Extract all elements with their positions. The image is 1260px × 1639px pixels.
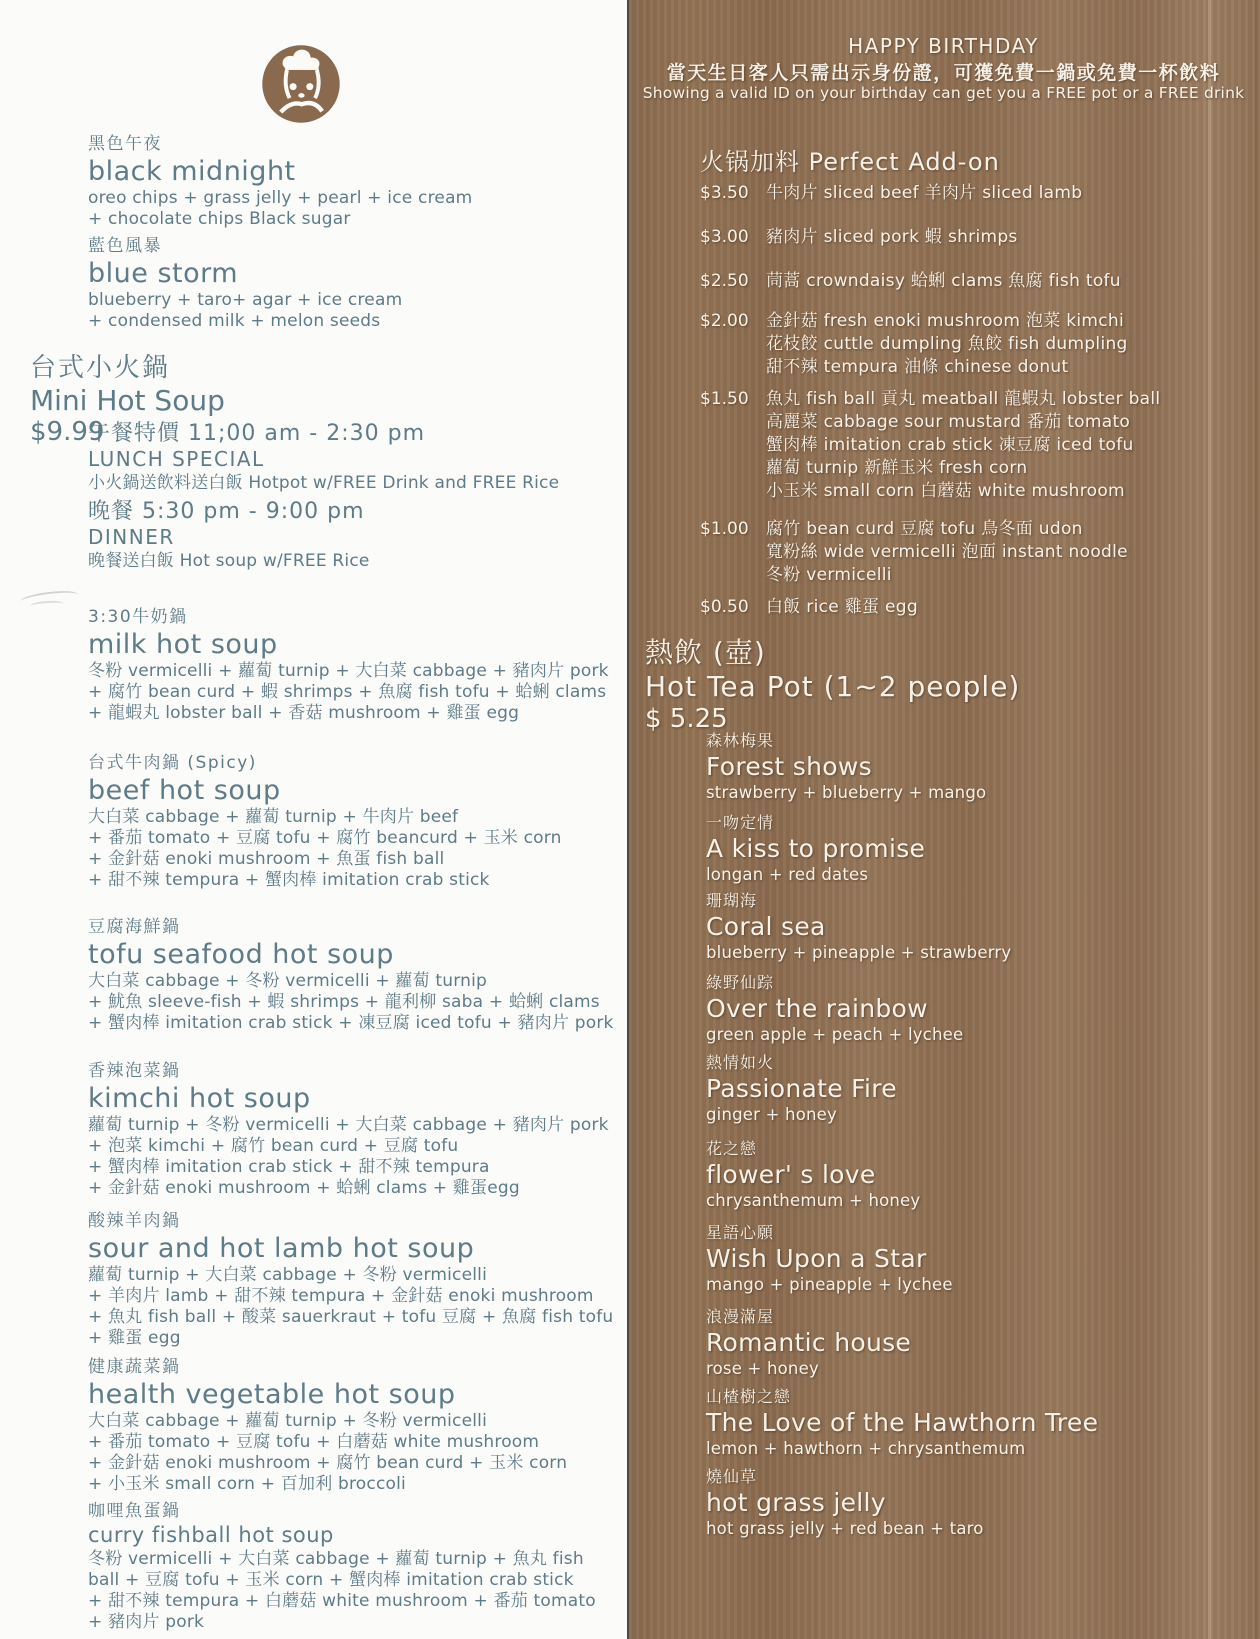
- item-name-en: curry fishball hot soup: [88, 1522, 596, 1549]
- ingredients-line: + 甜不辣 tempura + 白蘑菇 white mushroom + 番茄 …: [88, 1591, 596, 1612]
- tea-ingredients: longan + red dates: [706, 864, 925, 886]
- ingredients-line: + 蟹肉棒 imitation crab stick + 凍豆腐 iced to…: [88, 1013, 614, 1034]
- menu-item-curry-fishball-hot-soup: 咖哩魚蛋鍋 curry fishball hot soup 冬粉 vermice…: [88, 1500, 596, 1633]
- addon-items: 蘿蔔 turnip 新鮮玉米 fresh corn: [766, 457, 1160, 480]
- ingredients-line: + 小玉米 small corn + 百加利 broccoli: [88, 1474, 567, 1495]
- item-name-zh: 豆腐海鮮鍋: [88, 916, 614, 938]
- tea-item-over-the-rainbow: 綠野仙踪 Over the rainbow green apple + peac…: [706, 972, 963, 1046]
- addon-items: 豬肉片 sliced pork 蝦 shrimps: [766, 226, 1018, 249]
- addon-items: 小玉米 small corn 白蘑菇 white mushroom: [766, 480, 1160, 503]
- section-title-en: Mini Hot Soup: [30, 385, 225, 417]
- addon-price: $2.50: [700, 270, 766, 293]
- schedule-zh: 晚餐 5:30 pm - 9:00 pm: [88, 498, 370, 525]
- tea-ingredients: strawberry + blueberry + mango: [706, 782, 986, 804]
- tea-section-title-zh: 熱飲 (壺): [645, 636, 766, 669]
- tea-name-en: hot grass jelly: [706, 1487, 984, 1518]
- addon-row-2-00: $2.00 金針菇 fresh enoki mushroom 泡菜 kimchi…: [700, 310, 1128, 379]
- addon-items: 白飯 rice 雞蛋 egg: [766, 596, 918, 619]
- ingredients-line: 冬粉 vermicelli + 大白菜 cabbage + 蘿蔔 turnip …: [88, 1549, 596, 1570]
- addon-items: 金針菇 fresh enoki mushroom 泡菜 kimchi: [766, 310, 1128, 333]
- tea-item-passionate-fire: 熱情如火 Passionate Fire ginger + honey: [706, 1052, 897, 1126]
- ingredients-line: + 泡菜 kimchi + 腐竹 bean curd + 豆腐 tofu: [88, 1136, 609, 1157]
- addon-items: 寬粉絲 wide vermicelli 泡面 instant noodle: [766, 541, 1128, 564]
- item-name-zh: 酸辣羊肉鍋: [88, 1210, 613, 1232]
- item-name-zh: 香辣泡菜鍋: [88, 1060, 609, 1082]
- tea-item-romantic-house: 浪漫滿屋 Romantic house rose + honey: [706, 1306, 911, 1380]
- menu-item-milk-hot-soup: 3:30牛奶鍋 milk hot soup 冬粉 vermicelli + 蘿蔔…: [88, 606, 609, 724]
- addon-price: $1.50: [700, 388, 766, 503]
- addon-items: 腐竹 bean curd 豆腐 tofu 鳥冬面 udon: [766, 518, 1128, 541]
- item-name-zh: 3:30牛奶鍋: [88, 606, 609, 628]
- ingredients-line: + chocolate chips Black sugar: [88, 209, 472, 230]
- addons-heading: 火锅加料 Perfect Add-on: [700, 142, 1000, 177]
- tea-item-hawthorn-tree: 山楂樹之戀 The Love of the Hawthorn Tree lemo…: [706, 1386, 1098, 1460]
- schedule-en: LUNCH SPECIAL: [88, 447, 559, 472]
- tea-name-zh: 山楂樹之戀: [706, 1386, 1098, 1407]
- addon-items: 高麗菜 cabbage sour mustard 番茄 tomato: [766, 411, 1160, 434]
- tea-ingredients: mango + pineapple + lychee: [706, 1274, 953, 1296]
- schedule-zh: 午餐特價 11;00 am - 2:30 pm: [88, 420, 559, 447]
- addon-row-2-50: $2.50 茼蒿 crowndaisy 蛤蜊 clams 魚腐 fish tof…: [700, 270, 1121, 293]
- section-title-zh: 台式小火鍋: [30, 352, 225, 385]
- tea-name-zh: 珊瑚海: [706, 890, 1011, 911]
- birthday-notice-zh: 當天生日客人只需出示身份證，可獲免費一鍋或免費一杯飲料: [627, 58, 1260, 85]
- tea-section-title-en: Hot Tea Pot (1~2 people): [645, 670, 1020, 703]
- addon-price: $3.00: [700, 226, 766, 249]
- tea-name-zh: 熱情如火: [706, 1052, 897, 1073]
- tea-name-en: Forest shows: [706, 751, 986, 782]
- ingredients-line: 大白菜 cabbage + 蘿蔔 turnip + 冬粉 vermicelli: [88, 1411, 567, 1432]
- tea-name-en: Coral sea: [706, 911, 1011, 942]
- tea-item-wish-upon-a-star: 星語心願 Wish Upon a Star mango + pineapple …: [706, 1222, 953, 1296]
- ingredients-line: ball + 豆腐 tofu + 玉米 corn + 蟹肉棒 imitation…: [88, 1570, 596, 1591]
- item-name-en: kimchi hot soup: [88, 1082, 609, 1115]
- tea-name-zh: 花之戀: [706, 1138, 920, 1159]
- ingredients-line: blueberry + taro+ agar + ice cream: [88, 290, 402, 311]
- ingredients-line: + 番茄 tomato + 豆腐 tofu + 腐竹 beancurd + 玉米…: [88, 828, 562, 849]
- birthday-title: HAPPY BIRTHDAY: [627, 34, 1260, 58]
- ingredients-line: + 雞蛋 egg: [88, 1328, 613, 1349]
- item-name-en: blue storm: [88, 257, 402, 290]
- tea-name-en: Wish Upon a Star: [706, 1243, 953, 1274]
- tea-name-en: The Love of the Hawthorn Tree: [706, 1407, 1098, 1438]
- tea-name-zh: 浪漫滿屋: [706, 1306, 911, 1327]
- ingredients-line: + 金針菇 enoki mushroom + 腐竹 bean curd + 玉米…: [88, 1453, 567, 1474]
- item-name-zh: 台式牛肉鍋 (Spicy): [88, 752, 562, 774]
- item-name-zh: 健康蔬菜鍋: [88, 1356, 567, 1378]
- ingredients-line: + condensed milk + melon seeds: [88, 311, 402, 332]
- ingredients-line: 冬粉 vermicelli + 蘿蔔 turnip + 大白菜 cabbage …: [88, 661, 609, 682]
- restaurant-logo chef-face-icon: [257, 40, 345, 128]
- addon-items: 茼蒿 crowndaisy 蛤蜊 clams 魚腐 fish tofu: [766, 270, 1121, 293]
- addon-items: 冬粉 vermicelli: [766, 564, 1128, 587]
- tea-ingredients: rose + honey: [706, 1358, 911, 1380]
- ingredients-line: + 豬肉片 pork: [88, 1612, 596, 1633]
- item-name-en: health vegetable hot soup: [88, 1378, 567, 1411]
- ingredients-line: 大白菜 cabbage + 冬粉 vermicelli + 蘿蔔 turnip: [88, 971, 614, 992]
- ingredients-line: + 甜不辣 tempura + 蟹肉棒 imitation crab stick: [88, 870, 562, 891]
- item-name-en: tofu seafood hot soup: [88, 938, 614, 971]
- menu-item-sour-lamb-hot-soup: 酸辣羊肉鍋 sour and hot lamb hot soup 蘿蔔 turn…: [88, 1210, 613, 1349]
- tea-name-zh: 綠野仙踪: [706, 972, 963, 993]
- schedule-note: 晚餐送白飯 Hot soup w/FREE Rice: [88, 550, 370, 573]
- tea-ingredients: green apple + peach + lychee: [706, 1024, 963, 1046]
- lunch-special: 午餐特價 11;00 am - 2:30 pm LUNCH SPECIAL 小火…: [88, 420, 559, 495]
- item-name-en: beef hot soup: [88, 774, 562, 807]
- tea-name-zh: 燒仙草: [706, 1466, 984, 1487]
- tea-ingredients: ginger + honey: [706, 1104, 897, 1126]
- dinner-schedule: 晚餐 5:30 pm - 9:00 pm DINNER 晚餐送白飯 Hot so…: [88, 498, 370, 573]
- scan-edge: [1255, 0, 1257, 1639]
- ingredients-line: 蘿蔔 turnip + 冬粉 vermicelli + 大白菜 cabbage …: [88, 1115, 609, 1136]
- tea-name-en: Romantic house: [706, 1327, 911, 1358]
- birthday-notice-en: Showing a valid ID on your birthday can …: [627, 84, 1260, 102]
- tea-name-zh: 森林梅果: [706, 730, 986, 751]
- tea-name-en: Over the rainbow: [706, 993, 963, 1024]
- item-name-zh: 藍色風暴: [88, 235, 402, 257]
- ingredients-line: + 番茄 tomato + 豆腐 tofu + 白蘑菇 white mushro…: [88, 1432, 567, 1453]
- tea-item-hot-grass-jelly: 燒仙草 hot grass jelly hot grass jelly + re…: [706, 1466, 984, 1540]
- tea-name-en: Passionate Fire: [706, 1073, 897, 1104]
- tea-item-coral-sea: 珊瑚海 Coral sea blueberry + pineapple + st…: [706, 890, 1011, 964]
- menu-item-health-vegetable-hot-soup: 健康蔬菜鍋 health vegetable hot soup 大白菜 cabb…: [88, 1356, 567, 1495]
- tea-name-zh: 星語心願: [706, 1222, 953, 1243]
- schedule-note: 小火鍋送飲料送白飯 Hotpot w/FREE Drink and FREE R…: [88, 472, 559, 495]
- ingredients-line: + 腐竹 bean curd + 蝦 shrimps + 魚腐 fish tof…: [88, 682, 609, 703]
- tea-ingredients: blueberry + pineapple + strawberry: [706, 942, 1011, 964]
- menu-item-kimchi-hot-soup: 香辣泡菜鍋 kimchi hot soup 蘿蔔 turnip + 冬粉 ver…: [88, 1060, 609, 1199]
- addon-items: 甜不辣 tempura 油條 chinese donut: [766, 356, 1128, 379]
- ingredients-line: 蘿蔔 turnip + 大白菜 cabbage + 冬粉 vermicelli: [88, 1265, 613, 1286]
- tea-name-zh: 一吻定情: [706, 812, 925, 833]
- item-name-en: black midnight: [88, 155, 472, 188]
- ingredients-line: oreo chips + grass jelly + pearl + ice c…: [88, 188, 472, 209]
- addon-price: $2.00: [700, 310, 766, 379]
- ingredients-line: + 羊肉片 lamb + 甜不辣 tempura + 金針菇 enoki mus…: [88, 1286, 613, 1307]
- ingredients-line: + 金針菇 enoki mushroom + 蛤蜊 clams + 雞蛋egg: [88, 1178, 609, 1199]
- tea-item-flowers-love: 花之戀 flower' s love chrysanthemum + honey: [706, 1138, 920, 1212]
- addon-row-0-50: $0.50 白飯 rice 雞蛋 egg: [700, 596, 918, 619]
- ingredients-line: + 蟹肉棒 imitation crab stick + 甜不辣 tempura: [88, 1157, 609, 1178]
- tea-name-en: flower' s love: [706, 1159, 920, 1190]
- tea-item-a-kiss-to-promise: 一吻定情 A kiss to promise longan + red date…: [706, 812, 925, 886]
- item-name-en: sour and hot lamb hot soup: [88, 1232, 613, 1265]
- addon-items: 花枝餃 cuttle dumpling 魚餃 fish dumpling: [766, 333, 1128, 356]
- addon-row-3-50: $3.50 牛肉片 sliced beef 羊肉片 sliced lamb: [700, 182, 1082, 205]
- menu-item-tofu-seafood-hot-soup: 豆腐海鮮鍋 tofu seafood hot soup 大白菜 cabbage …: [88, 916, 614, 1034]
- addon-price: $0.50: [700, 596, 766, 619]
- addon-row-1-50: $1.50 魚丸 fish ball 貢丸 meatball 龍蝦丸 lobst…: [700, 388, 1160, 503]
- tea-name-en: A kiss to promise: [706, 833, 925, 864]
- item-name-zh: 黑色午夜: [88, 133, 472, 155]
- tea-ingredients: lemon + hawthorn + chrysanthemum: [706, 1438, 1098, 1460]
- ingredients-line: + 龍蝦丸 lobster ball + 香菇 mushroom + 雞蛋 eg…: [88, 703, 609, 724]
- addon-row-3-00: $3.00 豬肉片 sliced pork 蝦 shrimps: [700, 226, 1018, 249]
- ingredients-line: + 魚丸 fish ball + 酸菜 sauerkraut + tofu 豆腐…: [88, 1307, 613, 1328]
- ingredients-line: 大白菜 cabbage + 蘿蔔 turnip + 牛肉片 beef: [88, 807, 562, 828]
- ingredients-line: + 金針菇 enoki mushroom + 魚蛋 fish ball: [88, 849, 562, 870]
- addon-items: 牛肉片 sliced beef 羊肉片 sliced lamb: [766, 182, 1082, 205]
- scan-streak: [1208, 0, 1211, 1639]
- addon-row-1-00: $1.00 腐竹 bean curd 豆腐 tofu 鳥冬面 udon 寬粉絲 …: [700, 518, 1128, 587]
- addon-items: 魚丸 fish ball 貢丸 meatball 龍蝦丸 lobster bal…: [766, 388, 1160, 411]
- menu-item-beef-hot-soup: 台式牛肉鍋 (Spicy) beef hot soup 大白菜 cabbage …: [88, 752, 562, 891]
- tea-ingredients: hot grass jelly + red bean + taro: [706, 1518, 984, 1540]
- ingredients-line: + 魷魚 sleeve-fish + 蝦 shrimps + 龍利柳 saba …: [88, 992, 614, 1013]
- menu-item-black-midnight: 黑色午夜 black midnight oreo chips + grass j…: [88, 133, 472, 230]
- tea-item-forest-shows: 森林梅果 Forest shows strawberry + blueberry…: [706, 730, 986, 804]
- schedule-en: DINNER: [88, 525, 370, 550]
- item-name-zh: 咖哩魚蛋鍋: [88, 1500, 596, 1522]
- addon-items: 蟹肉棒 imitation crab stick 凍豆腐 iced tofu: [766, 434, 1160, 457]
- tea-ingredients: chrysanthemum + honey: [706, 1190, 920, 1212]
- menu-item-blue-storm: 藍色風暴 blue storm blueberry + taro+ agar +…: [88, 235, 402, 332]
- item-name-en: milk hot soup: [88, 628, 609, 661]
- addon-price: $1.00: [700, 518, 766, 587]
- addon-price: $3.50: [700, 182, 766, 205]
